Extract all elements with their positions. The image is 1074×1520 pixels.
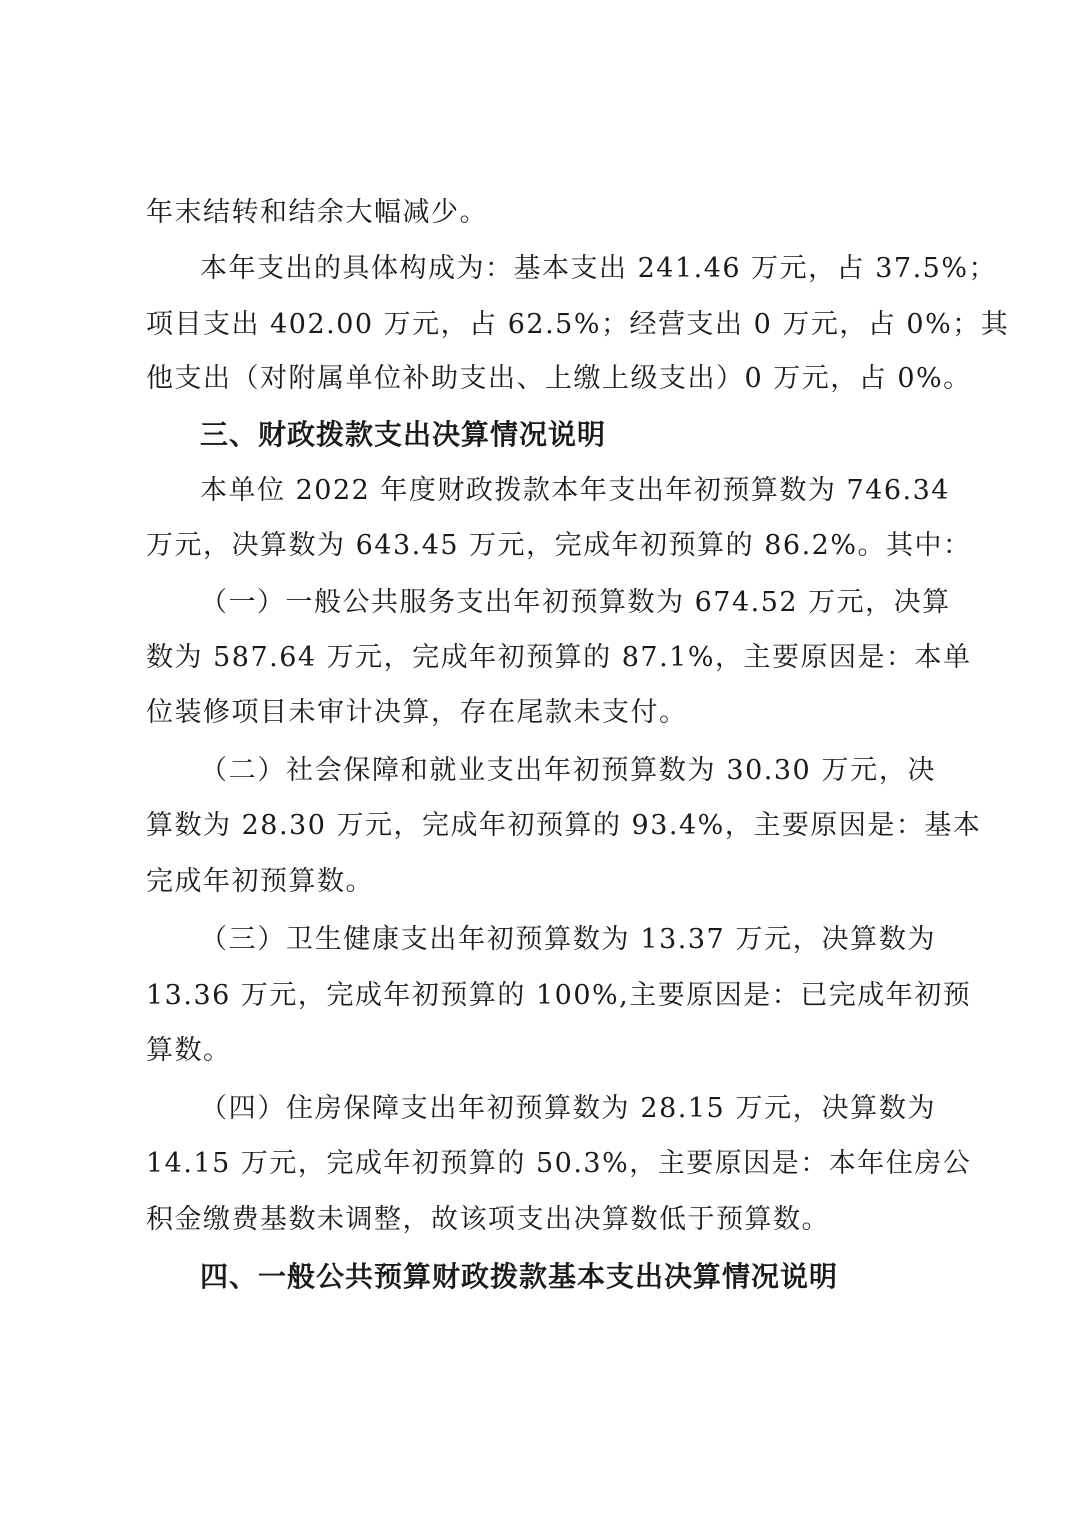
section-heading-4: 四、一般公共预算财政拨款基本支出决算情况说明 (200, 1260, 838, 1294)
body-line: 14.15 万元，完成年初预算的 50.3%，主要原因是：本年住房公 (146, 1148, 936, 1182)
body-line: 13.36 万元，完成年初预算的 100%,主要原因是：已完成年初预 (146, 980, 936, 1014)
body-line: 本年支出的具体构成为：基本支出 241.46 万元，占 37.5%； (200, 253, 936, 287)
body-line: 数为 587.64 万元，完成年初预算的 87.1%，主要原因是：本单 (146, 642, 936, 676)
body-line: 完成年初预算数。 (146, 866, 936, 900)
body-line: 位装修项目未审计决算，存在尾款未支付。 (146, 697, 936, 731)
body-line: 积金缴费基数未调整，故该项支出决算数低于预算数。 (146, 1204, 936, 1238)
document-page: 年末结转和结余大幅减少。 本年支出的具体构成为：基本支出 241.46 万元，占… (0, 0, 1074, 1520)
body-line: 算数。 (146, 1035, 936, 1069)
body-line: （二）社会保障和就业支出年初预算数为 30.30 万元，决 (200, 755, 936, 789)
body-line: （四）住房保障支出年初预算数为 28.15 万元，决算数为 (200, 1093, 936, 1127)
body-line: 万元，决算数为 643.45 万元，完成年初预算的 86.2%。其中： (146, 530, 936, 564)
body-line: 算数为 28.30 万元，完成年初预算的 93.4%，主要原因是：基本 (146, 810, 936, 844)
body-line: 项目支出 402.00 万元，占 62.5%；经营支出 0 万元，占 0%；其 (146, 309, 936, 343)
body-line: 他支出（对附属单位补助支出、上缴上级支出）0 万元，占 0%。 (146, 363, 936, 397)
body-line: （一）一般公共服务支出年初预算数为 674.52 万元，决算 (200, 587, 936, 621)
body-line: 本单位 2022 年度财政拨款本年支出年初预算数为 746.34 (200, 475, 936, 509)
body-line: 年末结转和结余大幅减少。 (146, 197, 936, 231)
section-heading-3: 三、财政拨款支出决算情况说明 (200, 418, 606, 452)
body-line: （三）卫生健康支出年初预算数为 13.37 万元，决算数为 (200, 924, 936, 958)
